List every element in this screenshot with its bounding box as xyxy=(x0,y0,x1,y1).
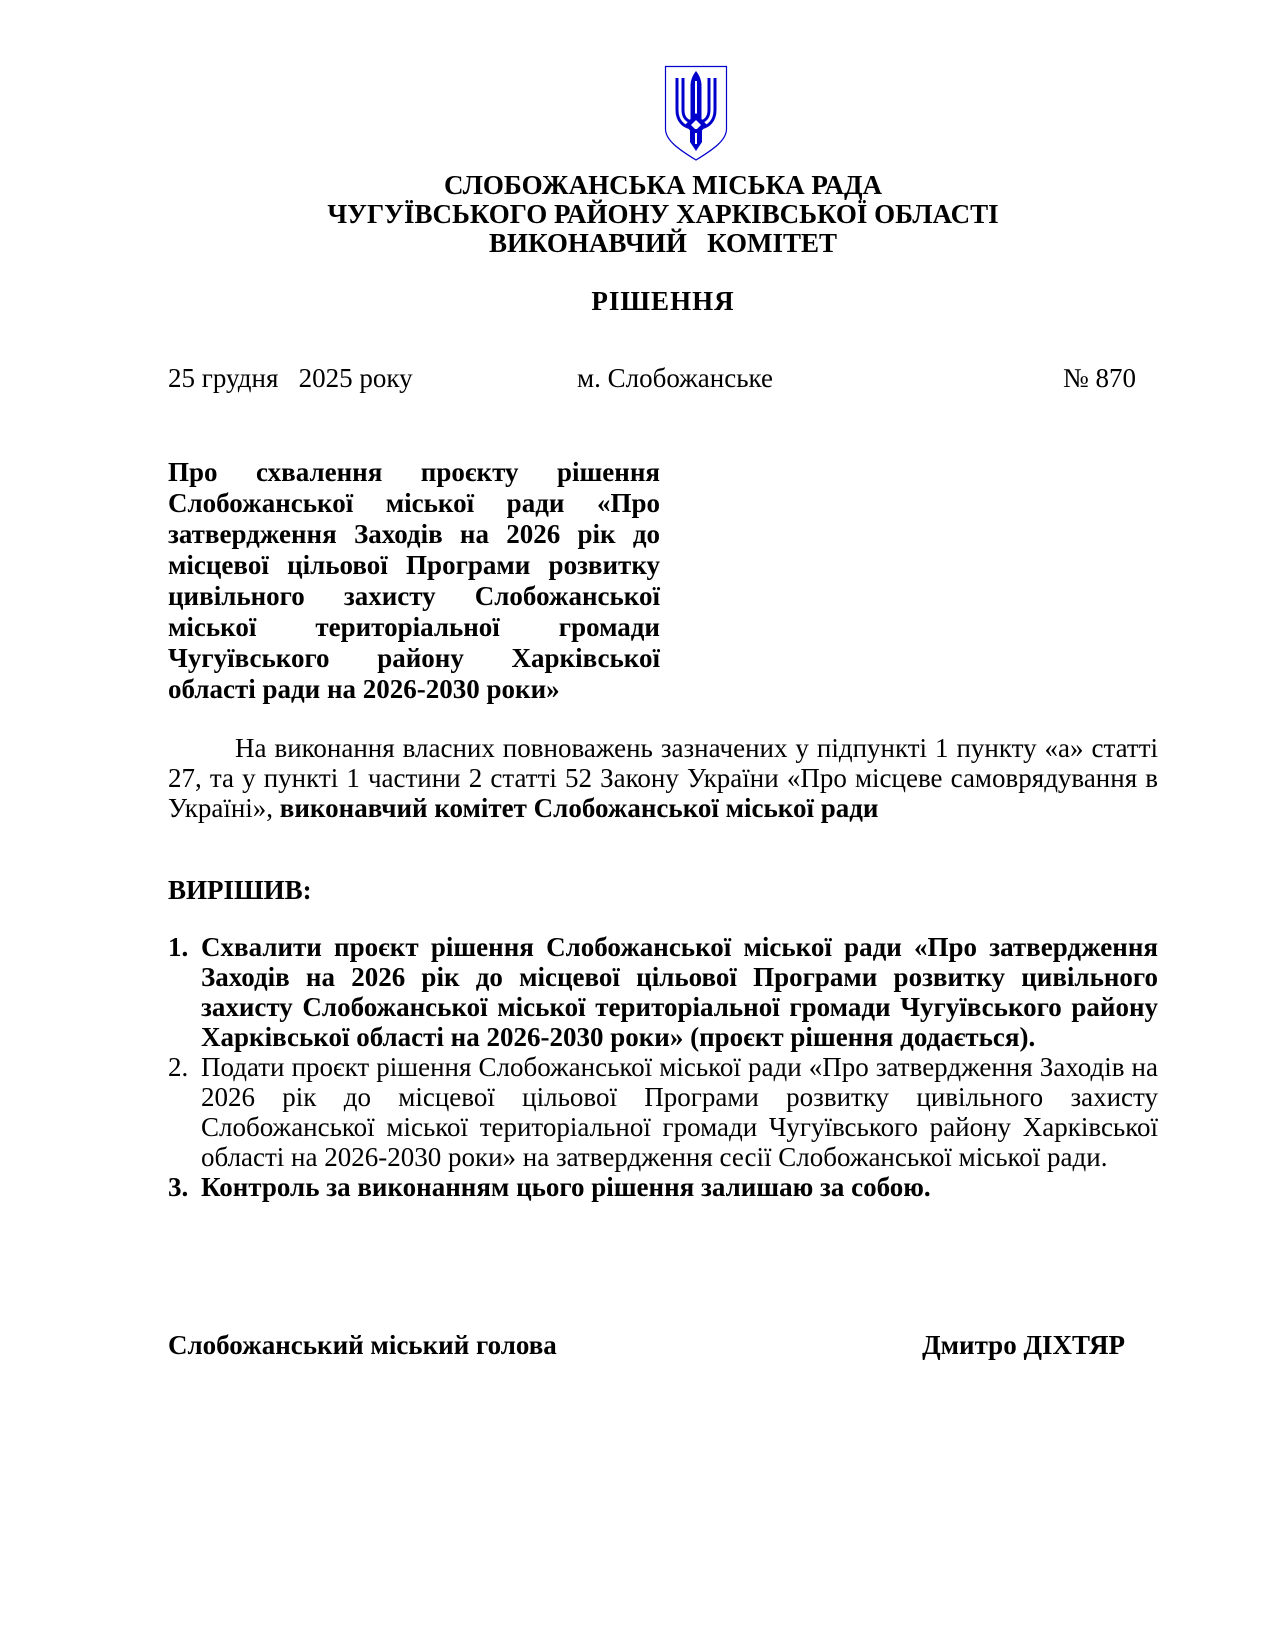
org-committee: ВИКОНАВЧИЙ КОМІТЕТ xyxy=(168,229,1158,258)
item-text: Схвалити проєкт рішення Слобожанської мі… xyxy=(201,932,1158,1052)
document-type-title: РІШЕННЯ xyxy=(168,286,1158,317)
ukraine-trident-emblem-icon xyxy=(664,65,728,162)
resolution-item-1: 1. Схвалити проєкт рішення Слобожанської… xyxy=(168,932,1158,1052)
signer-name: Дмитро ДІХТЯР xyxy=(922,1330,1158,1361)
document-place: м. Слобожанське xyxy=(577,363,773,394)
document-subject: Про схвалення проєкту рішення Слобожансь… xyxy=(168,457,660,705)
document-number: № 870 xyxy=(1063,363,1158,394)
signature-row: Слобожанський міський голова Дмитро ДІХТ… xyxy=(168,1330,1158,1361)
document-date: 25 грудня 2025 року xyxy=(168,363,413,394)
signer-position: Слобожанський міський голова xyxy=(168,1330,557,1361)
item-number: 3. xyxy=(168,1172,201,1202)
emblem-container xyxy=(201,65,1191,165)
decision-document-page: СЛОБОЖАНСЬКА МІСЬКА РАДА ЧУГУЇВСЬКОГО РА… xyxy=(0,0,1275,1650)
preamble-bold-tail: виконавчий комітет Слобожанської міської… xyxy=(280,793,879,823)
org-header: СЛОБОЖАНСЬКА МІСЬКА РАДА ЧУГУЇВСЬКОГО РА… xyxy=(168,171,1158,258)
item-number: 1. xyxy=(168,932,201,962)
document-meta-row: 25 грудня 2025 року м. Слобожанське № 87… xyxy=(168,363,1158,394)
item-text: Контроль за виконанням цього рішення зал… xyxy=(201,1172,1158,1202)
org-name: СЛОБОЖАНСЬКА МІСЬКА РАДА xyxy=(168,171,1158,200)
resolution-list: 1. Схвалити проєкт рішення Слобожанської… xyxy=(168,932,1158,1202)
org-district: ЧУГУЇВСЬКОГО РАЙОНУ ХАРКІВСЬКОЇ ОБЛАСТІ xyxy=(168,200,1158,229)
item-number: 2. xyxy=(168,1052,201,1082)
resolution-heading: ВИРІШИВ: xyxy=(168,875,1158,906)
resolution-item-3: 3. Контроль за виконанням цього рішення … xyxy=(168,1172,1158,1202)
item-text: Подати проєкт рішення Слобожанської місь… xyxy=(201,1052,1158,1172)
preamble-paragraph: На виконання власних повноважень зазначе… xyxy=(168,733,1158,823)
resolution-item-2: 2. Подати проєкт рішення Слобожанської м… xyxy=(168,1052,1158,1172)
